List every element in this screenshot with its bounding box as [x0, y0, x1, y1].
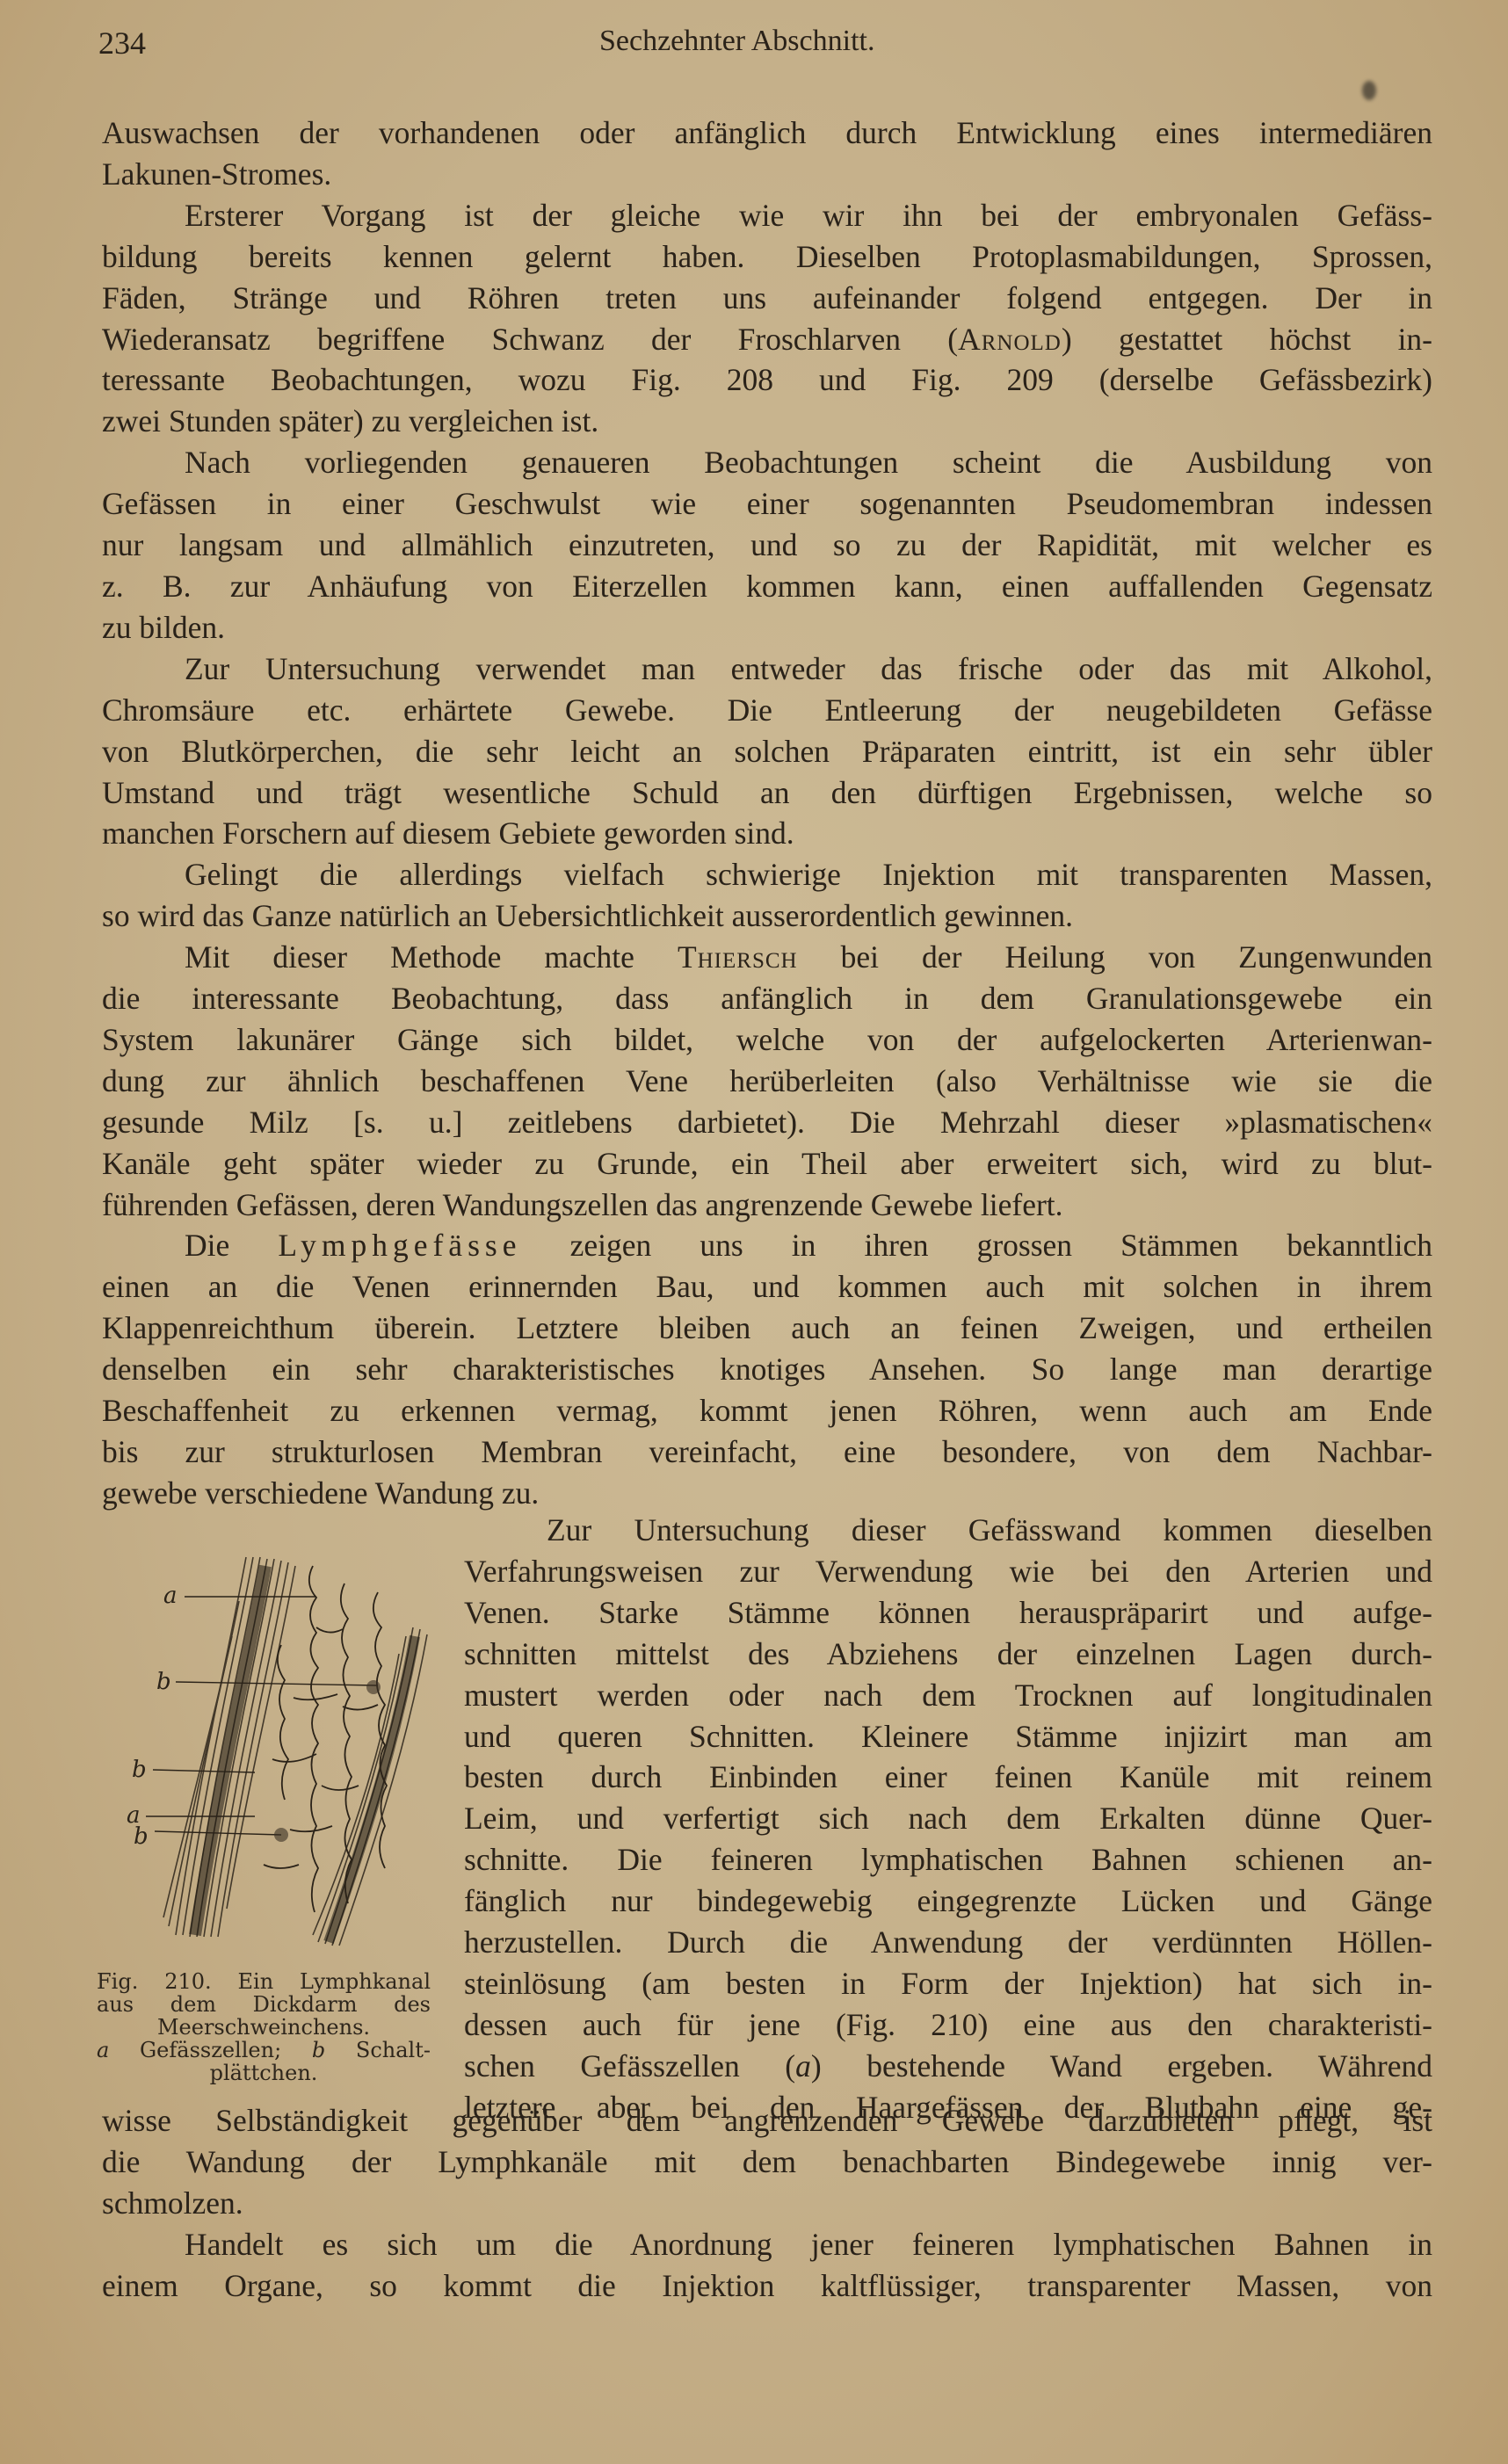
caption-line: aus dem Dickdarm des: [97, 1993, 431, 2016]
text-line: gewebe verschiedene Wandung zu.: [102, 1473, 1432, 1514]
text-line: Leim, und verfertigt sich nach dem Erkal…: [464, 1798, 1432, 1839]
ink-smudge: [1362, 81, 1376, 100]
text-line: einem Organe, so kommt die Injektion kal…: [102, 2265, 1432, 2307]
text-line: bildung bereits kennen gelernt haben. Di…: [102, 236, 1432, 278]
text-line: fänglich nur bindegewebig eingegrenzte L…: [464, 1881, 1432, 1922]
text-line: so wird das Ganze natürlich an Uebersich…: [102, 895, 1432, 937]
text-line: schnitte. Die feineren lymphatischen Bah…: [464, 1839, 1432, 1881]
lymph-channel-illustration: a b b a b: [114, 1531, 439, 1961]
text-line: einen an die Venen erinnernden Bau, und …: [102, 1266, 1432, 1308]
text-line: Ersterer Vorgang ist der gleiche wie wir…: [102, 195, 1432, 236]
text-line: Lakunen-Stromes.: [102, 154, 1432, 195]
text-line: mustert werden oder nach dem Trocknen au…: [464, 1675, 1432, 1716]
text-line: wisse Selbständigkeit gegenüber dem angr…: [102, 2100, 1432, 2142]
body-text: Auswachsen der vorhandenen oder anfängli…: [102, 112, 1432, 1514]
text-line: von Blutkörperchen, die sehr leicht an s…: [102, 731, 1432, 772]
figure-210: a b b a b Fig. 210. Ein Lymphkanal aus d…: [97, 1513, 439, 2093]
text-line: die interessante Beobachtung, dass anfän…: [102, 978, 1432, 1019]
text-line: z. B. zur Anhäufung von Eiterzellen komm…: [102, 566, 1432, 607]
text-line: und queren Schnitten. Kleinere Stämme in…: [464, 1716, 1432, 1757]
text-line: Fäden, Stränge und Röhren treten uns auf…: [102, 278, 1432, 319]
caption-line: plättchen.: [97, 2062, 431, 2084]
text-line: nur langsam und allmählich einzutreten, …: [102, 525, 1432, 566]
text-line: Umstand und trägt wesentliche Schuld an …: [102, 772, 1432, 814]
text-line: Gefässen in einer Geschwulst wie einer s…: [102, 483, 1432, 525]
text-line: führenden Gefässen, deren Wandungszellen…: [102, 1185, 1432, 1226]
text-line: Kanäle geht später wieder zu Grunde, ein…: [102, 1143, 1432, 1185]
text-line: schen Gefässzellen (a) bestehende Wand e…: [464, 2046, 1432, 2087]
text-line: Auswachsen der vorhandenen oder anfängli…: [102, 112, 1432, 154]
text-line: manchen Forschern auf diesem Gebiete gew…: [102, 813, 1432, 854]
running-head: Sechzehnter Abschnitt.: [599, 25, 874, 58]
figure-label-b: b: [156, 1669, 171, 1695]
text-line: gesunde Milz [s. u.] zeitlebens darbiete…: [102, 1102, 1432, 1143]
text-line: Nach vorliegenden genaueren Beobachtunge…: [102, 442, 1432, 483]
caption-line: Fig. 210. Ein Lymphkanal: [97, 1970, 431, 1993]
text-line: zwei Stunden später) zu vergleichen ist.: [102, 401, 1432, 442]
figure-label-a: a: [163, 1583, 178, 1609]
text-line: Zur Untersuchung dieser Gefässwand komme…: [464, 1510, 1432, 1551]
text-line: Chromsäure etc. erhärtete Gewebe. Die En…: [102, 690, 1432, 731]
text-line: Venen. Starke Stämme können herauspräpar…: [464, 1592, 1432, 1634]
text-line: die Wandung der Lymphkanäle mit dem bena…: [102, 2142, 1432, 2183]
text-line: schmolzen.: [102, 2183, 1432, 2224]
text-line: schnitten mittelst des Abziehens der ein…: [464, 1634, 1432, 1675]
text-line: System lakunärer Gänge sich bildet, welc…: [102, 1019, 1432, 1061]
body-text-continued: wisse Selbständigkeit gegenüber dem angr…: [102, 2100, 1432, 2307]
author-name: Arnold: [958, 322, 1062, 357]
text-line: Die Lymphgefässe zeigen uns in ihren gro…: [102, 1225, 1432, 1266]
text-line: Klappenreichthum überein. Letztere bleib…: [102, 1308, 1432, 1349]
text-line: Verfahrungsweisen zur Verwendung wie bei…: [464, 1551, 1432, 1592]
text-line: Mit dieser Methode machte Thiersch bei d…: [102, 937, 1432, 978]
page-number: 234: [98, 25, 146, 62]
text-line: steinlösung (am besten in Form der Injek…: [464, 1963, 1432, 2004]
text-line: dung zur ähnlich beschaffenen Vene herüb…: [102, 1061, 1432, 1102]
caption-legend: a Gefässzellen; b Schalt-: [97, 2039, 431, 2062]
figure-label-b: b: [132, 1757, 147, 1783]
emphasized-term: Lymphgefässe: [278, 1228, 521, 1263]
wrapped-paragraph: Zur Untersuchung dieser Gefässwand komme…: [464, 1510, 1432, 2128]
text-line: dessen auch für jene (Fig. 210) eine aus…: [464, 2004, 1432, 2046]
figure-label-b: b: [134, 1823, 149, 1850]
page-header: 234 Sechzehnter Abschnitt.: [98, 25, 1434, 69]
text-line: Zur Untersuchung verwendet man entweder …: [102, 649, 1432, 690]
text-line: denselben ein sehr charakteristisches kn…: [102, 1349, 1432, 1390]
caption-line: Meerschweinchens.: [97, 2016, 431, 2039]
author-name: Thiersch: [678, 939, 798, 975]
text-line: besten durch Einbinden einer feinen Kanü…: [464, 1757, 1432, 1798]
figure-caption: Fig. 210. Ein Lymphkanal aus dem Dickdar…: [97, 1970, 431, 2084]
text-line: zu bilden.: [102, 607, 1432, 649]
text-line: herzustellen. Durch die Anwendung der ve…: [464, 1922, 1432, 1963]
text-line: teressante Beobachtungen, wozu Fig. 208 …: [102, 359, 1432, 401]
text-line: Wiederansatz begriffene Schwanz der Fros…: [102, 319, 1432, 360]
text-line: Handelt es sich um die Anordnung jener f…: [102, 2224, 1432, 2265]
text-line: bis zur strukturlosen Membran vereinfach…: [102, 1431, 1432, 1473]
text-line: Gelingt die allerdings vielfach schwieri…: [102, 854, 1432, 895]
text-line: Beschaffenheit zu erkennen vermag, kommt…: [102, 1390, 1432, 1431]
